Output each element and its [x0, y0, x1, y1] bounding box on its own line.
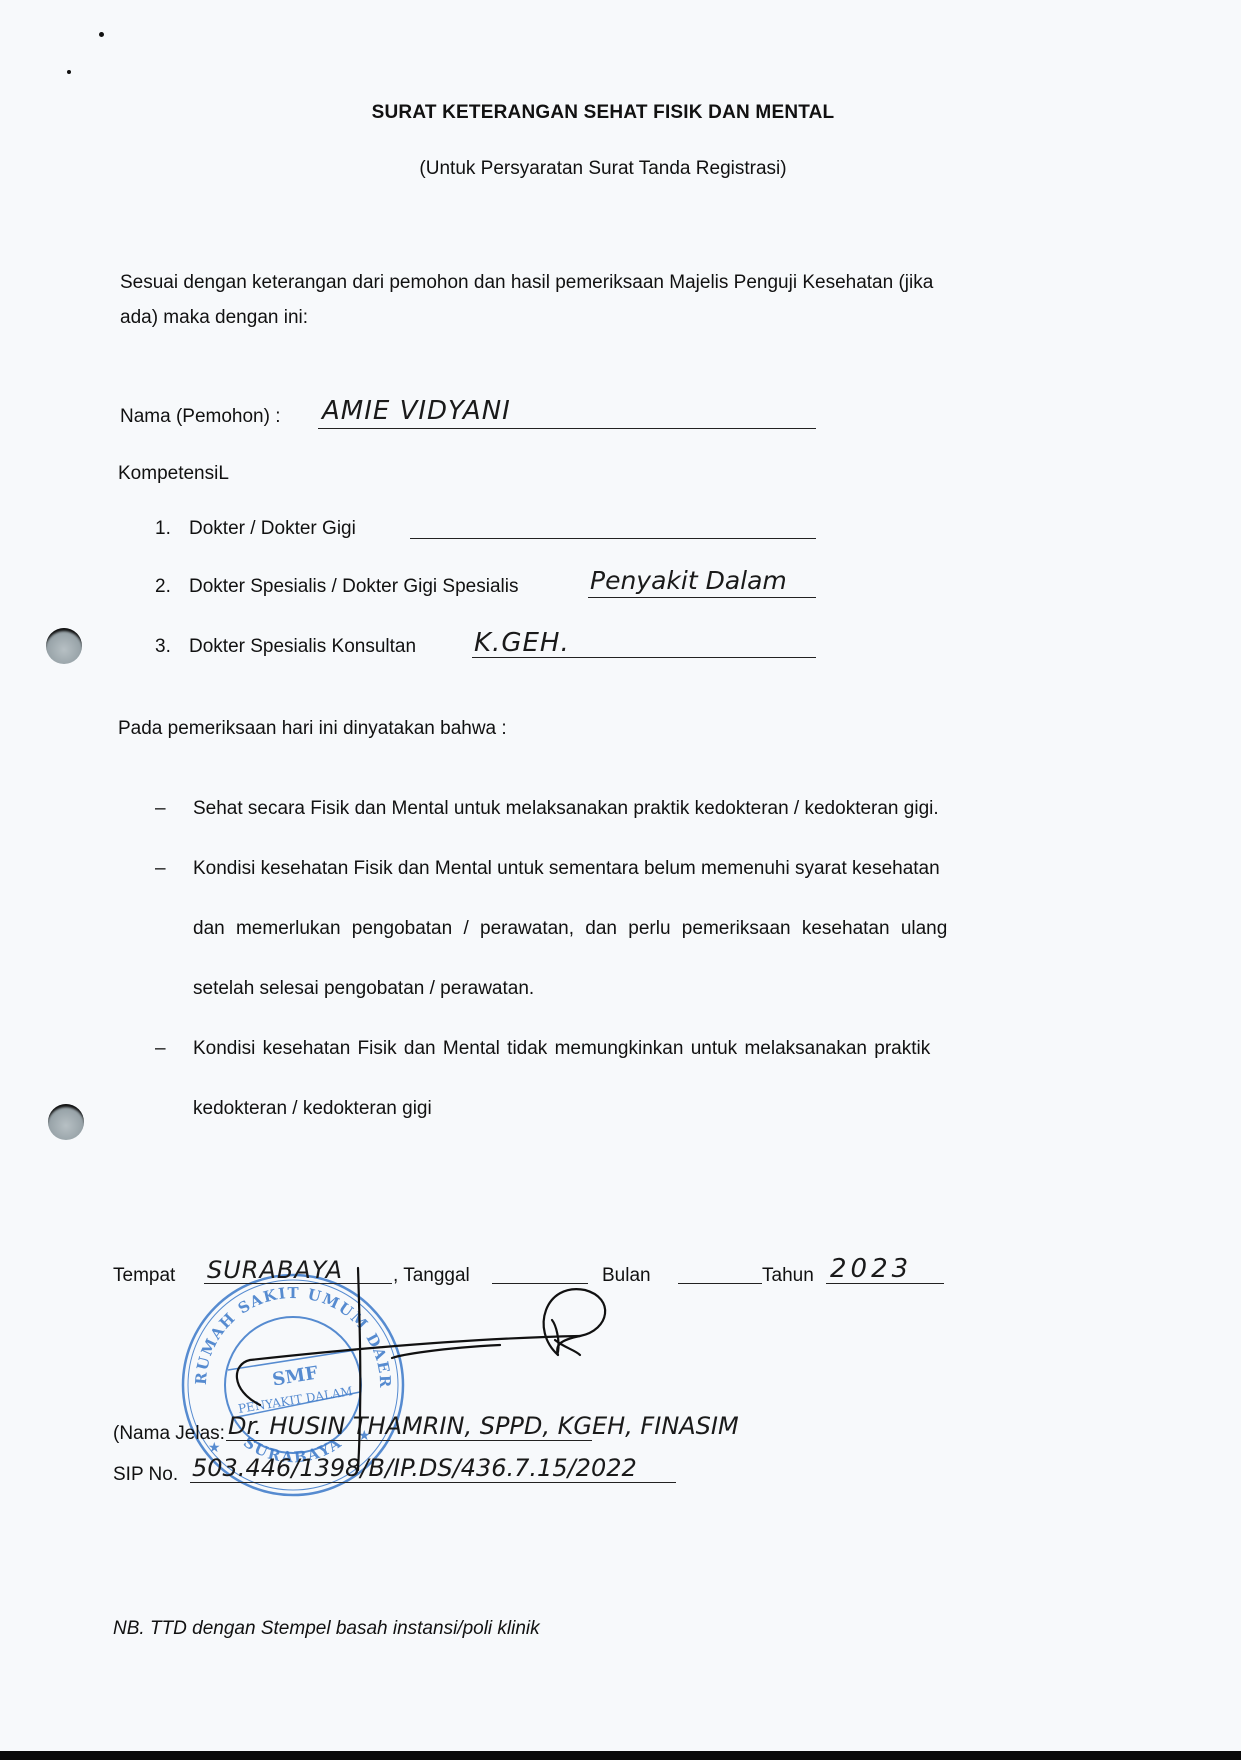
dash-bullet: –: [155, 798, 193, 820]
punch-hole: [48, 1104, 84, 1140]
scan-speck: [67, 70, 71, 74]
competence-item-1: 1.Dokter / Dokter Gigi: [155, 518, 356, 540]
month-label: Bulan: [602, 1265, 651, 1287]
intro-line-2: ada) maka dengan ini:: [120, 307, 308, 329]
place-field[interactable]: SURABAYA: [207, 1256, 343, 1284]
statement-3-line-2: kedokteran / kedokteran gigi: [193, 1098, 432, 1120]
competence-field-3-underline: [472, 657, 816, 658]
statement-2-line-3: setelah selesai pengobatan / perawatan.: [193, 978, 534, 1000]
statement-2: –Kondisi kesehatan Fisik dan Mental untu…: [155, 858, 940, 880]
statement-1: –Sehat secara Fisik dan Mental untuk mel…: [155, 798, 939, 820]
month-field[interactable]: [678, 1283, 762, 1284]
stamp-center-line-1: SMF: [271, 1363, 320, 1391]
scan-speck: [99, 32, 104, 37]
date-field[interactable]: [492, 1283, 588, 1284]
item-number: 3.: [155, 636, 189, 658]
competence-item-2: 2.Dokter Spesialis / Dokter Gigi Spesial…: [155, 576, 518, 598]
year-underline: [826, 1283, 944, 1284]
item-number: 1.: [155, 518, 189, 540]
competence-field-2-underline: [588, 597, 816, 598]
item-label: Dokter / Dokter Gigi: [189, 518, 356, 539]
intro-line-1: Sesuai dengan keterangan dari pemohon da…: [120, 272, 933, 294]
year-field[interactable]: 2023: [830, 1254, 912, 1284]
item-number: 2.: [155, 576, 189, 598]
place-underline: [204, 1283, 392, 1284]
applicant-label: Nama (Pemohon) :: [120, 406, 281, 428]
item-label: Dokter Spesialis / Dokter Gigi Spesialis: [189, 576, 518, 597]
year-label: Tahun: [762, 1265, 814, 1287]
punch-hole: [46, 628, 82, 664]
signer-name-label: (Nama Jelas:: [113, 1423, 225, 1445]
competence-field-3[interactable]: K.GEH.: [474, 628, 570, 658]
statement-2-line-2: dan memerlukan pengobatan / perawatan, d…: [193, 918, 947, 940]
sip-label: SIP No.: [113, 1464, 178, 1486]
sip-field[interactable]: 503.446/1398/B/IP.DS/436.7.15/2022: [192, 1454, 637, 1482]
applicant-name-field[interactable]: AMIE VIDYANI: [322, 396, 511, 426]
applicant-name-underline: [318, 428, 816, 429]
document-subtitle: (Untuk Persyaratan Surat Tanda Registras…: [0, 158, 1206, 180]
signer-name-underline: [226, 1440, 592, 1441]
place-label: Tempat: [113, 1265, 175, 1287]
item-label: Dokter Spesialis Konsultan: [189, 636, 416, 657]
sip-underline: [190, 1482, 676, 1483]
scan-bottom-edge: [0, 1751, 1241, 1760]
statement-intro: Pada pemeriksaan hari ini dinyatakan bah…: [118, 718, 507, 740]
competence-label: KompetensiL: [118, 463, 229, 485]
dash-bullet: –: [155, 858, 193, 880]
footnote: NB. TTD dengan Stempel basah instansi/po…: [113, 1618, 540, 1640]
dash-bullet: –: [155, 1038, 193, 1060]
statement-3: –Kondisi kesehatan Fisik dan Mental tida…: [155, 1038, 930, 1060]
competence-item-3: 3.Dokter Spesialis Konsultan: [155, 636, 416, 658]
signer-name-field[interactable]: Dr. HUSIN THAMRIN, SPPD, KGEH, FINASIM: [228, 1412, 739, 1440]
competence-field-1[interactable]: [410, 538, 816, 539]
date-label: , Tanggal: [393, 1265, 470, 1287]
document-title: SURAT KETERANGAN SEHAT FISIK DAN MENTAL: [0, 102, 1206, 124]
competence-field-2[interactable]: Penyakit Dalam: [590, 566, 787, 595]
